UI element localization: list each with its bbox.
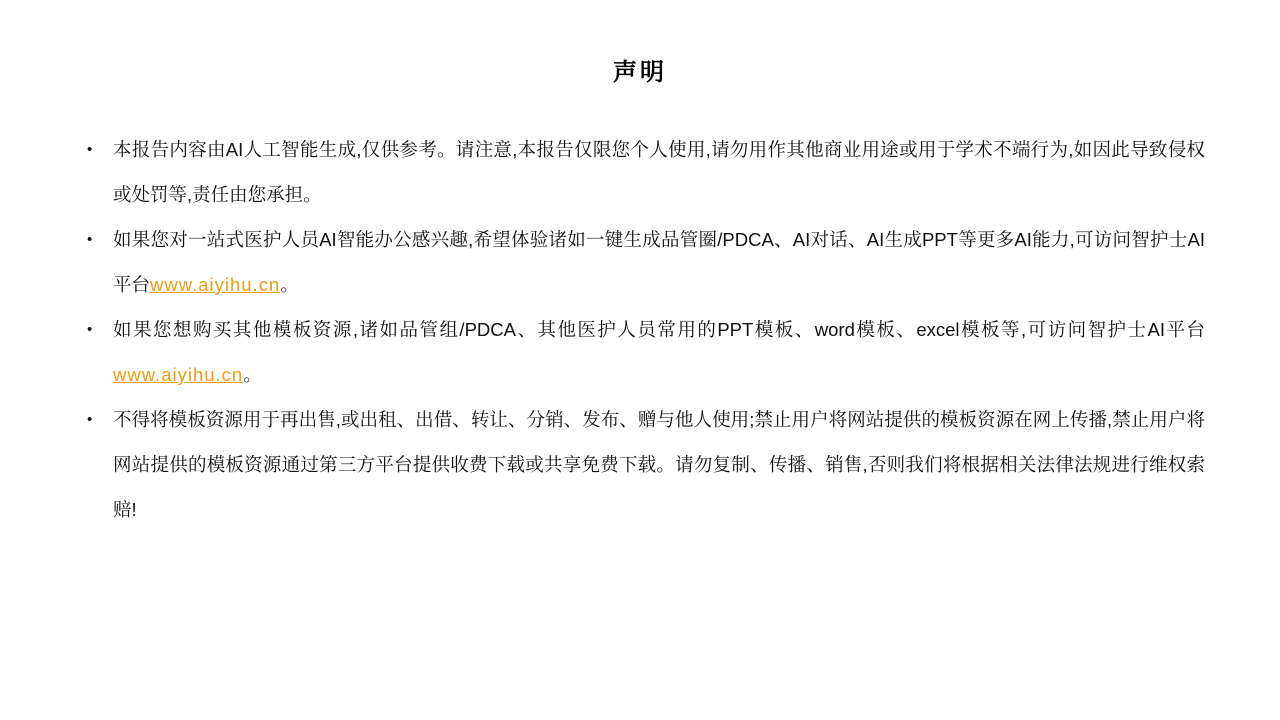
bullet-icon: • bbox=[87, 307, 92, 352]
disclaimer-slide: 声明 • 本报告内容由AI人工智能生成,仅供参考。请注意,本报告仅限您个人使用,… bbox=[0, 0, 1280, 720]
disclaimer-bullet-list: • 本报告内容由AI人工智能生成,仅供参考。请注意,本报告仅限您个人使用,请勿用… bbox=[85, 127, 1205, 532]
bullet-icon: • bbox=[87, 217, 92, 262]
bullet-icon: • bbox=[87, 397, 92, 442]
aiyihu-link[interactable]: www.aiyihu.cn bbox=[150, 274, 280, 295]
bullet-text: 。 bbox=[243, 364, 262, 385]
bullet-text: 不得将模板资源用于再出售,或出租、出借、转让、分销、发布、赠与他人使用;禁止用户… bbox=[113, 409, 1205, 520]
aiyihu-link[interactable]: www.aiyihu.cn bbox=[113, 364, 243, 385]
bullet-text: 本报告内容由AI人工智能生成,仅供参考。请注意,本报告仅限您个人使用,请勿用作其… bbox=[113, 139, 1205, 205]
bullet-item-templates: • 如果您想购买其他模板资源,诸如品管组/PDCA、其他医护人员常用的PPT模板… bbox=[85, 307, 1205, 397]
bullet-text: 。 bbox=[280, 274, 299, 295]
bullet-item-no-resale: • 不得将模板资源用于再出售,或出租、出借、转让、分销、发布、赠与他人使用;禁止… bbox=[85, 397, 1205, 532]
bullet-item-ai-generated: • 本报告内容由AI人工智能生成,仅供参考。请注意,本报告仅限您个人使用,请勿用… bbox=[85, 127, 1205, 217]
bullet-item-ai-platform: • 如果您对一站式医护人员AI智能办公感兴趣,希望体验诸如一键生成品管圈/PDC… bbox=[85, 217, 1205, 307]
page-title: 声明 bbox=[0, 0, 1280, 87]
bullet-icon: • bbox=[87, 127, 92, 172]
bullet-text: 如果您想购买其他模板资源,诸如品管组/PDCA、其他医护人员常用的PPT模板、w… bbox=[113, 319, 1205, 340]
